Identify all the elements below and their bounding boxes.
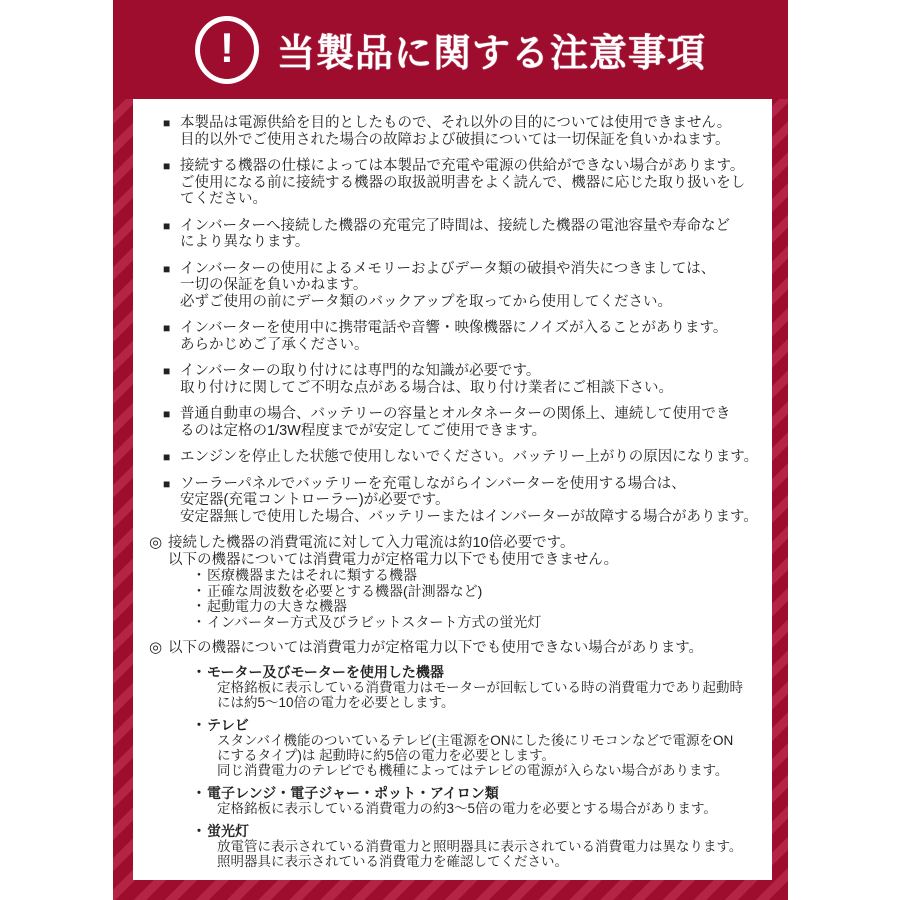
note-line: 定格銘板に表示している消費電力はモーターが回転している時の消費電力であり起動時 <box>217 680 766 695</box>
square-bullet-icon: ■ <box>163 320 180 353</box>
note-line: には約5〜10倍の電力を必要とします。 <box>217 695 766 710</box>
note-line: 同じ消費電力のテレビでも機種によってはテレビの電源が入らない場合があります。 <box>217 763 766 778</box>
note-line: インバーターの使用によるメモリーおよびデータ類の破損や消失につきましては、 <box>180 261 766 278</box>
dot-bullet-icon: ・ <box>192 785 207 801</box>
sub-item-text: 正確な周波数を必要とする機器(計測器など) <box>207 584 482 600</box>
note-line: 普通自動車の場合、バッテリーの容量とオルタネーターの関係上、連続して使用でき <box>180 406 766 423</box>
note-line: 放電管に表示されている消費電力と照明器具に表示されている消費電力は異なります。 <box>217 839 766 854</box>
dot-bullet-icon: ・ <box>192 584 207 600</box>
note-line: 安定器無しで使用した場合、バッテリーまたはインバーターが故障する場合があります。 <box>180 509 766 526</box>
square-bullet-icon: ■ <box>163 218 180 251</box>
note-line: あらかじめご了承ください。 <box>180 337 766 354</box>
square-bullet-icon: ■ <box>163 158 180 208</box>
note-line: ご使用になる前に接続する機器の取扱説明書をよく読んで、機器に応じた取り扱いをし <box>180 175 766 192</box>
note-line: 本製品は電源供給を目的としたもので、それ以外の目的については使用できません。 <box>180 115 766 132</box>
exclamation-icon: ! <box>195 16 259 84</box>
caution-sheet: ! 当製品に関する注意事項 ■ 本製品は電源供給を目的としたもので、それ以外の目… <box>0 0 900 900</box>
device-group: ・ 蛍光灯 放電管に表示されている消費電力と照明器具に表示されている消費電力は異… <box>168 823 766 869</box>
device-group: ・ モーター及びモーターを使用した機器 定格銘板に表示している消費電力はモーター… <box>168 664 766 710</box>
note-item: ■ 普通自動車の場合、バッテリーの容量とオルタネーターの関係上、連続して使用でき… <box>133 406 766 439</box>
page-title: 当製品に関する注意事項 <box>277 22 706 77</box>
group-title: テレビ <box>207 717 249 733</box>
note-line: 一切の保証を負いかねます。 <box>180 277 766 294</box>
note-item: ■ 接続する機器の仕様によっては本製品で充電や電源の供給ができない場合があります… <box>133 158 766 208</box>
note-item: ■ ソーラーパネルでバッテリーを充電しながらインバーターを使用する場合は、 安定… <box>133 476 766 526</box>
sub-item-text: 起動電力の大きな機器 <box>207 599 347 615</box>
notice-body: ■ 本製品は電源供給を目的としたもので、それ以外の目的については使用できません。… <box>133 99 772 880</box>
square-bullet-icon: ■ <box>163 406 180 439</box>
note-line: インバーターへ接続した機器の充電完了時間は、接続した機器の電池容量や寿命など <box>180 218 766 235</box>
square-bullet-icon: ■ <box>163 449 180 466</box>
square-bullet-icon: ■ <box>163 115 180 148</box>
note-line: 取り付けに関してご不明な点がある場合は、取り付け業者にご相談下さい。 <box>180 380 766 397</box>
note-line: 照明器具に表示されている消費電力を確認してください。 <box>217 854 766 869</box>
note-item: ■ インバーターの取り付けには専門的な知識が必要です。 取り付けに関してご不明な… <box>133 363 766 396</box>
dot-bullet-icon: ・ <box>192 599 207 615</box>
sub-list-item: ・ インバーター方式及びラビットスタート方式の蛍光灯 <box>192 615 766 631</box>
sub-item-text: 医療機器またはそれに類する機器 <box>207 568 417 584</box>
note-item: ■ 本製品は電源供給を目的としたもので、それ以外の目的については使用できません。… <box>133 115 766 148</box>
note-line: インバーターを使用中に携帯電話や音響・映像機器にノイズが入ることがあります。 <box>180 320 766 337</box>
note-item: ■ エンジンを停止した状態で使用しないでください。バッテリー上がりの原因になりま… <box>133 449 766 466</box>
note-line: 目的以外でご使用された場合の故障および破損については一切保証を負いかねます。 <box>180 132 766 149</box>
note-line: ソーラーパネルでバッテリーを充電しながらインバーターを使用する場合は、 <box>180 476 766 493</box>
note-line: エンジンを停止した状態で使用しないでください。バッテリー上がりの原因になります。 <box>180 449 766 466</box>
double-circle-bullet-icon: ◎ <box>149 640 168 869</box>
square-bullet-icon: ■ <box>163 476 180 526</box>
dot-bullet-icon: ・ <box>192 615 207 631</box>
dot-bullet-icon: ・ <box>192 823 207 839</box>
square-bullet-icon: ■ <box>163 261 180 311</box>
note-item: ◎ 接続した機器の消費電流に対して入力電流は約10倍必要です。 以下の機器につい… <box>133 535 766 630</box>
device-group: ・ 電子レンジ・電子ジャー・ポット・アイロン類 定格銘板に表示している消費電力の… <box>168 785 766 816</box>
note-line: インバーターの取り付けには専門的な知識が必要です。 <box>180 363 766 380</box>
sub-item-text: インバーター方式及びラビットスタート方式の蛍光灯 <box>207 615 541 631</box>
note-line: スタンバイ機能のついているテレビ(主電源をONにした後にリモコンなどで電源をON <box>217 733 766 748</box>
note-line: 以下の機器については消費電力が定格電力以下でも使用できません。 <box>168 552 766 569</box>
dot-bullet-icon: ・ <box>192 717 207 733</box>
note-line: 以下の機器については消費電力が定格電力以下でも使用できない場合があります。 <box>168 640 766 657</box>
header-banner: ! 当製品に関する注意事項 <box>113 0 788 99</box>
sub-list-item: ・ 正確な周波数を必要とする機器(計測器など) <box>192 584 766 600</box>
group-title: 電子レンジ・電子ジャー・ポット・アイロン類 <box>207 785 499 801</box>
note-line: 定格銘板に表示している消費電力の約3〜5倍の電力を必要とする場合があります。 <box>217 801 766 816</box>
square-bullet-icon: ■ <box>163 363 180 396</box>
note-line: により異なります。 <box>180 234 766 251</box>
dot-bullet-icon: ・ <box>192 568 207 584</box>
group-title: 蛍光灯 <box>207 823 249 839</box>
note-item: ◎ 以下の機器については消費電力が定格電力以下でも使用できない場合があります。 … <box>133 640 766 869</box>
note-item: ■ インバーターへ接続した機器の充電完了時間は、接続した機器の電池容量や寿命など… <box>133 218 766 251</box>
note-line: 安定器(充電コントローラー)が必要です。 <box>180 492 766 509</box>
note-item: ■ インバーターの使用によるメモリーおよびデータ類の破損や消失につきましては、 … <box>133 261 766 311</box>
group-title: モーター及びモーターを使用した機器 <box>207 664 444 680</box>
device-group: ・ テレビ スタンバイ機能のついているテレビ(主電源をONにした後にリモコンなど… <box>168 717 766 778</box>
note-item: ■ インバーターを使用中に携帯電話や音響・映像機器にノイズが入ることがあります。… <box>133 320 766 353</box>
double-circle-bullet-icon: ◎ <box>149 535 168 630</box>
note-line: 必ずご使用の前にデータ類のバックアップを取ってから使用してください。 <box>180 294 766 311</box>
sub-list-item: ・ 医療機器またはそれに類する機器 <box>192 568 766 584</box>
note-line: 接続する機器の仕様によっては本製品で充電や電源の供給ができない場合があります。 <box>180 158 766 175</box>
sub-list-item: ・ 起動電力の大きな機器 <box>192 599 766 615</box>
note-line: にするタイプ)は 起動時に約5倍の電力を必要とします。 <box>217 748 766 763</box>
note-line: るのは定格の1/3W程度までが安定してご使用できます。 <box>180 423 766 440</box>
note-line: てください。 <box>180 191 766 208</box>
dot-bullet-icon: ・ <box>192 664 207 680</box>
note-line: 接続した機器の消費電流に対して入力電流は約10倍必要です。 <box>168 535 766 552</box>
